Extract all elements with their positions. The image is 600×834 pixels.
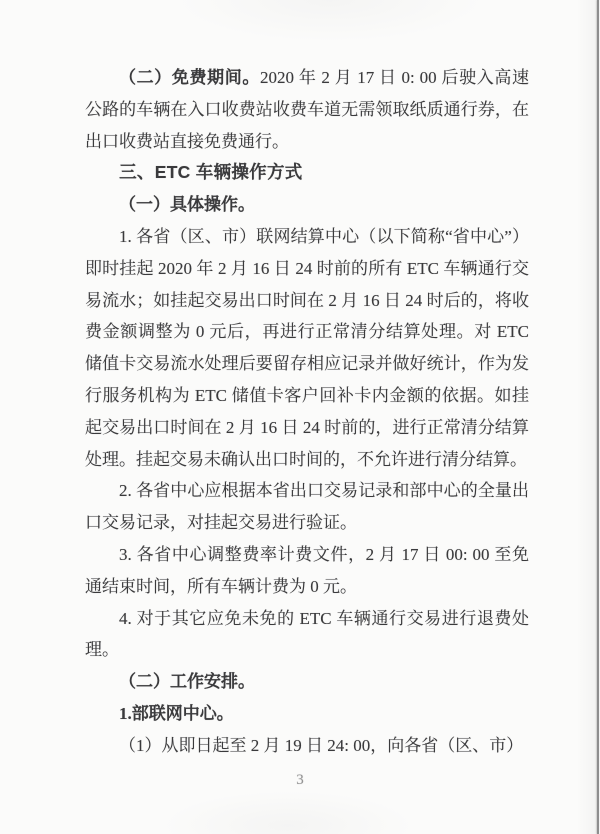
document-body: （二）免费期间。2020 年 2 月 17 日 0: 00 后驶入高速公路的车辆… [85,62,529,762]
paragraph-item-2-verification: 2. 各省中心应根据本省出口交易记录和部中心的全量出口交易记录，对挂起交易进行验… [85,475,529,539]
paragraph-free-period: （二）免费期间。2020 年 2 月 17 日 0: 00 后驶入高速公路的车辆… [85,62,529,157]
heading-work-arrangement: （二）工作安排。 [85,666,529,698]
heading-ministry-network-center: 1.部联网中心。 [85,698,529,730]
page-number: 3 [0,772,600,789]
paragraph-item-1-provincial-centers: 1. 各省（区、市）联网结算中心（以下简称“省中心”）即时挂起 2020 年 2… [85,221,529,475]
paragraph-sub-item-1-deadline: （1）从即日起至 2 月 19 日 24: 00，向各省（区、市） [85,730,529,762]
heading-etc-vehicle-operation: 三、ETC 车辆操作方式 [85,157,529,189]
page-edge-line [597,0,599,834]
paragraph-item-3-rate-files: 3. 各省中心调整费率计费文件，2 月 17 日 00: 00 至免通结束时间，… [85,539,529,603]
heading-specific-operation: （一）具体操作。 [85,189,529,221]
scanned-document-page: （二）免费期间。2020 年 2 月 17 日 0: 00 后驶入高速公路的车辆… [0,0,600,834]
paragraph-item-4-refund: 4. 对于其它应免未免的 ETC 车辆通行交易进行退费处理。 [85,603,529,667]
paragraph-free-period-lead: （二）免费期间。 [119,68,260,87]
